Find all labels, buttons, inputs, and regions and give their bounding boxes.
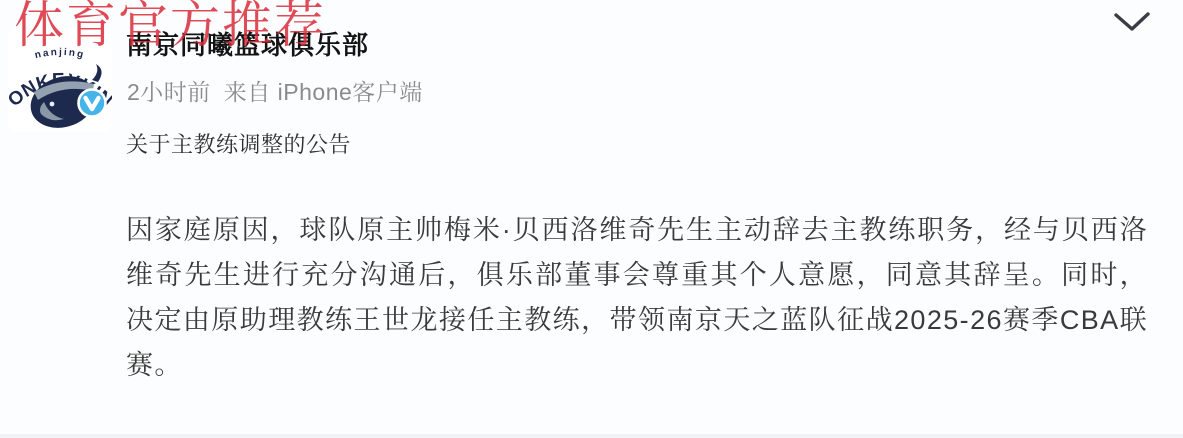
post-meta: 2小时前来自 iPhone客户端	[127, 78, 423, 106]
weibo-post-card: 体育官方推荐 nanjing MONKEYKING	[0, 0, 1183, 438]
post-source[interactable]: 来自 iPhone客户端	[224, 79, 423, 105]
post-title: 关于主教练调整的公告	[126, 130, 351, 160]
chevron-down-icon[interactable]	[1108, 6, 1156, 40]
svg-text:nanjing: nanjing	[34, 47, 86, 61]
avatar[interactable]: nanjing MONKEYKING 大圣	[8, 28, 112, 132]
verified-v-badge-icon	[76, 87, 108, 119]
author-name[interactable]: 南京同曦篮球俱乐部	[126, 30, 369, 60]
avatar-small-text: nanjing	[34, 47, 86, 61]
post-body: 因家庭原因，球队原主帅梅米·贝西洛维奇先生主动辞去主教练职务，经与贝西洛维奇先生…	[126, 208, 1148, 388]
post-time: 2小时前	[127, 79, 211, 105]
chevron-down-glyph	[1112, 11, 1152, 33]
